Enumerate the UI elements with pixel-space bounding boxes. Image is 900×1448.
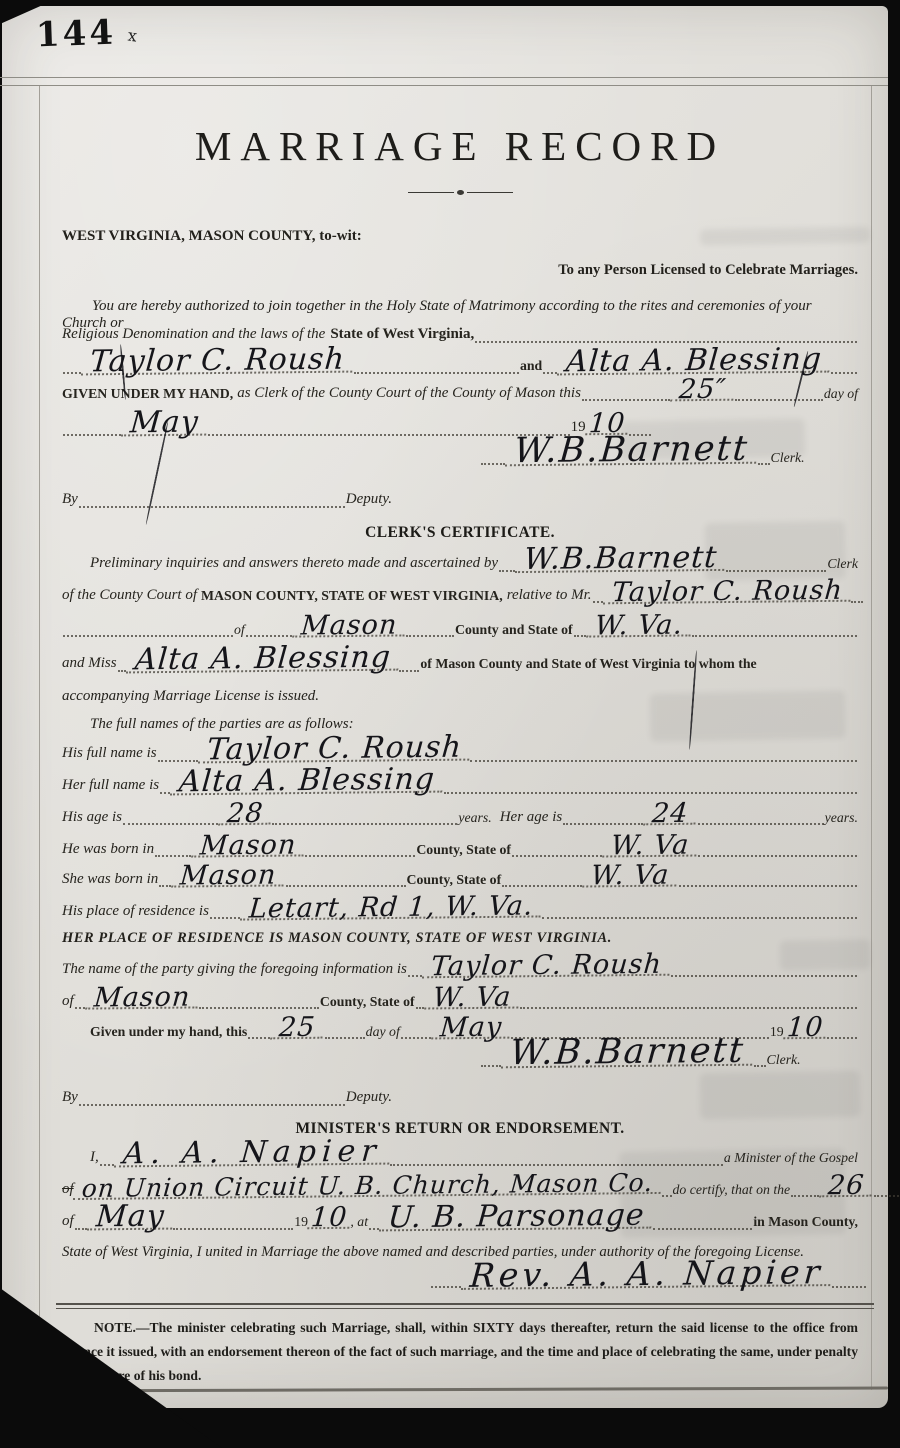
minister-name-line: I, A. A. Napier a Minister of the Gospel <box>62 1142 858 1170</box>
groom-state-handwritten: W. Va. <box>586 615 692 638</box>
dotted-leader <box>758 463 770 465</box>
dotted-leader <box>593 601 603 603</box>
dotted-leader <box>851 601 863 603</box>
addressee-line: To any Person Licensed to Celebrate Marr… <box>62 262 858 279</box>
court-bold: MASON COUNTY, STATE OF WEST VIRGINIA, <box>201 589 503 603</box>
groom-county-line: of Mason County and State of W. Va. <box>62 616 858 641</box>
clerk-signature-handwritten: W.B.Barnett <box>505 437 758 467</box>
dotted-leader <box>698 823 824 825</box>
dotted-leader <box>679 885 857 887</box>
given-label: Given under my hand, this <box>62 1025 247 1039</box>
dotted-leader <box>305 855 415 857</box>
clerk-word: Clerk <box>827 557 858 571</box>
dotted-leader <box>63 434 121 436</box>
dotted-leader <box>160 792 170 794</box>
she-born-label: She was born in <box>62 872 158 888</box>
dotted-leader <box>390 1164 723 1166</box>
day-of-label-2: day of <box>366 1025 400 1039</box>
years-word-1: years. <box>458 811 491 825</box>
dotted-leader <box>173 1228 293 1230</box>
minister-name-handwritten: A. A. Napier <box>114 1141 391 1167</box>
church-handwritten: on Union Circuit U. B. Church, Mason Co. <box>73 1174 662 1200</box>
informant-name-handwritten: Taylor C. Roush <box>422 955 671 979</box>
clerk-signature-line-2: W.B.Barnett Clerk. <box>480 1040 858 1071</box>
clerk-title-2: Clerk. <box>767 1053 801 1067</box>
certify-text: do certify, that on the <box>673 1183 791 1197</box>
dotted-leader <box>118 670 126 672</box>
prelim-text: Preliminary inquiries and answers theret… <box>62 556 498 572</box>
accompanying-line: accompanying Marriage License is issued. <box>62 688 858 705</box>
her-age-handwritten: 24 <box>643 804 697 826</box>
informant-county-line: of Mason County, State of W. Va <box>62 988 858 1013</box>
dotted-leader <box>159 885 171 887</box>
he-born-county-handwritten: Mason <box>191 835 305 858</box>
dotted-leader <box>63 635 233 637</box>
by-deputy-line-1: By Deputy. <box>62 492 392 512</box>
dotted-leader <box>470 760 857 762</box>
dotted-leader <box>512 855 602 857</box>
year-written-handwritten-2: 10 <box>783 1018 827 1040</box>
county-state-text: County and State of <box>455 623 573 637</box>
dotted-leader <box>698 855 857 857</box>
title-divider <box>400 190 520 195</box>
her-name-label: Her full name is <box>62 778 159 794</box>
given-month-handwritten: May <box>431 1018 511 1040</box>
divider-bar <box>467 192 513 193</box>
county-to-wit: WEST VIRGINIA, MASON COUNTY, to-wit: <box>62 228 858 245</box>
informant-county-handwritten: Mason <box>85 987 199 1010</box>
dotted-leader <box>155 855 191 857</box>
dotted-leader <box>79 1104 345 1106</box>
dotted-leader <box>542 917 857 919</box>
dotted-leader <box>481 1065 501 1067</box>
groom-county-handwritten: Mason <box>292 615 406 638</box>
informant-line: The name of the party giving the foregoi… <box>62 956 858 981</box>
dotted-leader <box>543 372 557 374</box>
she-born-county-handwritten: Mason <box>171 865 285 888</box>
his-name-label: His full name is <box>62 746 157 762</box>
dotted-leader <box>354 372 519 374</box>
her-name-handwritten: Alta A. Blessing <box>170 769 444 795</box>
dotted-leader <box>399 670 419 672</box>
he-born-label: He was born in <box>62 842 154 858</box>
dotted-leader <box>499 570 515 572</box>
dotted-leader <box>199 1007 319 1009</box>
groom-name-handwritten-2: Taylor C. Roush <box>603 581 852 605</box>
county-state-3: County, State of <box>320 995 415 1009</box>
dotted-leader <box>100 1164 114 1166</box>
divider-bar <box>408 192 454 193</box>
year-written-handwritten-3: 10 <box>307 1208 351 1230</box>
dotted-leader <box>75 1007 85 1009</box>
dotted-leader <box>692 635 857 637</box>
her-residence-line: HER PLACE OF RESIDENCE IS MASON COUNTY, … <box>62 930 858 947</box>
note-rule-2 <box>56 1308 874 1309</box>
of-struck: of <box>62 1182 74 1198</box>
he-born-line: He was born in Mason County, State of W.… <box>62 836 858 861</box>
dotted-leader <box>671 975 857 977</box>
bride-line: and Miss Alta A. Blessing of Mason Count… <box>62 648 858 676</box>
county-state-2: County, State of <box>407 873 502 887</box>
minister-church-line: of on Union Circuit U. B. Church, Mason … <box>62 1176 858 1201</box>
marriage-date-line: of May 19 10 , at U. B. Parsonage in Mas… <box>62 1206 858 1234</box>
his-residence-handwritten: Letart, Rd 1, W. Va. <box>240 896 542 921</box>
deputy-word: Deputy. <box>346 492 392 508</box>
dotted-leader <box>831 372 857 374</box>
dotted-leader <box>75 1228 87 1230</box>
by-word: By <box>62 492 78 508</box>
county-court-line: of the County Court of MASON COUNTY, STA… <box>62 582 858 607</box>
given-under-rest: as Clerk of the County Court of the Coun… <box>237 386 581 402</box>
clerks-certificate-heading: CLERK'S CERTIFICATE. <box>62 524 858 542</box>
dotted-leader <box>791 1195 819 1197</box>
license-day-handwritten: 25″ <box>670 380 735 402</box>
her-name-line: Her full name is Alta A. Blessing <box>62 770 858 798</box>
informant-state-handwritten: W. Va <box>424 988 520 1010</box>
county-state-1: County, State of <box>416 843 511 857</box>
his-residence-label: His place of residence is <box>62 904 209 920</box>
dotted-leader <box>416 1007 424 1009</box>
bleedthrough-mark <box>700 1071 861 1120</box>
dotted-leader <box>272 823 457 825</box>
year-printed-3: 19 <box>294 1215 308 1229</box>
prelim-inquiries-line: Preliminary inquiries and answers theret… <box>62 548 858 576</box>
informant-of: of <box>62 994 74 1010</box>
top-rule-2 <box>0 85 888 86</box>
bride-name-handwritten: Alta A. Blessing <box>557 349 831 375</box>
in-county-text: in Mason County, <box>753 1215 858 1229</box>
day-of-label: day of <box>824 387 858 401</box>
gospel-text: a Minister of the Gospel <box>724 1151 858 1165</box>
dotted-leader <box>63 372 81 374</box>
court-text: of the County Court of <box>62 588 197 604</box>
dotted-leader <box>726 570 826 572</box>
she-born-line: She was born in Mason County, State of W… <box>62 866 858 891</box>
divider-dot <box>457 190 464 195</box>
marriage-month-handwritten: May <box>87 1206 173 1230</box>
dotted-leader <box>832 1286 866 1288</box>
dotted-leader <box>520 1007 857 1009</box>
deputy-word-2: Deputy. <box>346 1090 392 1106</box>
dotted-leader <box>874 1195 900 1197</box>
minister-signature-line: Rev. A. A. Napier <box>430 1262 858 1292</box>
dotted-leader <box>582 399 670 401</box>
scanned-document: { "colors":{"paper":"#e2e0db","ink":"#26… <box>0 0 900 1448</box>
dotted-leader <box>401 1037 431 1039</box>
and-word: and <box>520 359 542 373</box>
dotted-leader <box>408 975 422 977</box>
given-day-handwritten: 25 <box>270 1018 324 1040</box>
and-miss-text: and Miss <box>62 656 117 672</box>
minister-signature-handwritten: Rev. A. A. Napier <box>461 1260 833 1290</box>
dotted-leader <box>502 885 582 887</box>
dotted-leader <box>248 1037 270 1039</box>
bride-name-handwritten-2: Alta A. Blessing <box>126 647 400 673</box>
dotted-leader <box>653 1228 752 1230</box>
given-under-hand-line: GIVEN UNDER MY HAND, as Clerk of the Cou… <box>62 380 858 405</box>
parties-names-line: Taylor C. Roush and Alta A. Blessing <box>62 350 858 378</box>
dotted-leader <box>481 463 505 465</box>
year-printed-2: 19 <box>770 1025 784 1039</box>
by-word-2: By <box>62 1090 78 1106</box>
clerk-signature-line-1: W.B.Barnett Clerk. <box>480 438 858 469</box>
dotted-leader <box>754 1065 766 1067</box>
note-rule-1 <box>56 1303 874 1305</box>
his-age-handwritten: 28 <box>218 804 272 826</box>
years-word-2: years. <box>825 811 858 825</box>
dotted-leader <box>246 635 292 637</box>
his-age-label: His age is <box>62 810 122 826</box>
of-word-2: of <box>62 1214 74 1230</box>
bride-rest-text: of Mason County and State of West Virgin… <box>420 657 756 671</box>
clerk-signature-handwritten-2: W.B.Barnett <box>515 547 726 573</box>
dotted-leader <box>662 1195 672 1197</box>
marriage-place-handwritten: U. B. Parsonage <box>379 1205 653 1231</box>
auth-line2-text: Religious Denomination and the laws of t… <box>62 327 325 343</box>
ages-line: His age is 28 years. Her age is 24 years… <box>62 804 858 829</box>
dotted-leader <box>325 1037 365 1039</box>
page-number: 144 <box>35 13 116 56</box>
he-born-state-handwritten: W. Va <box>602 836 698 858</box>
his-name-line: His full name is Taylor C. Roush <box>62 738 858 766</box>
dotted-leader <box>444 792 857 794</box>
dotted-leader <box>735 399 823 401</box>
by-deputy-line-2: By Deputy. <box>62 1090 392 1110</box>
dotted-leader <box>158 760 198 762</box>
her-age-label: Her age is <box>500 810 563 826</box>
auth-line2-bold: State of West Virginia, <box>330 327 474 343</box>
dotted-leader <box>431 1286 461 1288</box>
clerk-title: Clerk. <box>771 451 805 465</box>
left-margin-rule <box>39 86 40 1390</box>
dotted-leader <box>369 1228 379 1230</box>
dotted-leader <box>286 885 406 887</box>
given-under-bold: GIVEN UNDER MY HAND, <box>62 387 233 401</box>
clerk-signature-handwritten-3: W.B.Barnett <box>501 1039 754 1069</box>
dotted-leader <box>574 635 586 637</box>
she-born-state-handwritten: W. Va <box>582 866 678 888</box>
i-word: I, <box>62 1150 99 1166</box>
at-word: , at <box>350 1215 368 1229</box>
dotted-leader <box>563 823 643 825</box>
his-name-handwritten: Taylor C. Roush <box>198 737 471 763</box>
informant-label: The name of the party giving the foregoi… <box>62 962 407 978</box>
relative-text: relative to Mr. <box>507 588 592 604</box>
page-title: MARRIAGE RECORD <box>60 122 860 170</box>
marriage-day-handwritten: 26 <box>819 1176 873 1198</box>
dotted-leader <box>79 506 345 508</box>
dotted-leader <box>123 823 218 825</box>
top-rule-1 <box>0 77 888 78</box>
dotted-leader <box>406 635 454 637</box>
of-word: of <box>234 623 245 637</box>
minister-note: NOTE.—The minister celebrating such Marr… <box>60 1316 858 1389</box>
his-residence-line: His place of residence is Letart, Rd 1, … <box>62 898 858 923</box>
dotted-leader <box>210 917 240 919</box>
